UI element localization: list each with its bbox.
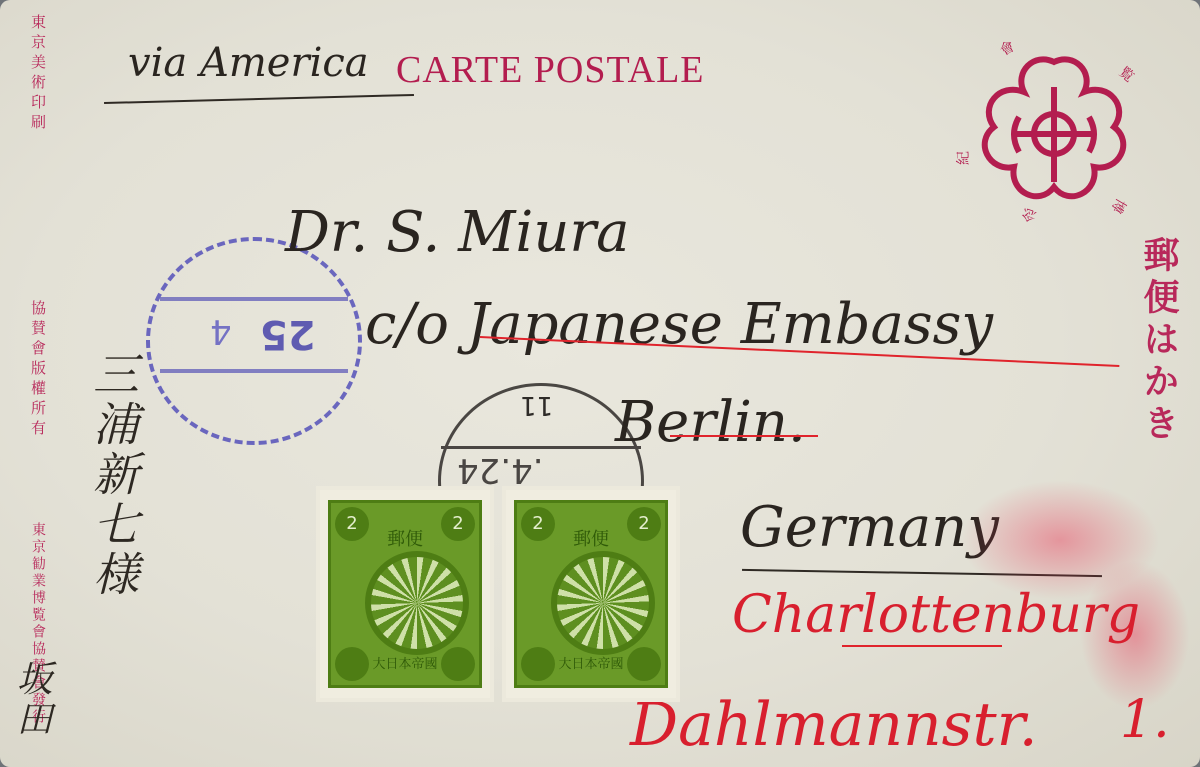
redirect-city: Charlottenburg — [732, 585, 1140, 645]
sender-note-handwritten: 坂田 — [6, 660, 57, 740]
blue-postmark: 25 4 — [146, 237, 362, 445]
postcard: 東京美術印刷 協賛會版權所有 東京勧業博覧會協賛會發行 CARTE POSTAL… — [0, 0, 1200, 767]
chrysanthemum-icon — [365, 551, 469, 655]
printer-credit: 東京美術印刷 — [28, 14, 49, 134]
city-line: Berlin. — [615, 390, 806, 455]
postmark-day: 25 — [260, 311, 316, 357]
routing-underline — [104, 94, 414, 104]
recipient-name: Dr. S. Miura — [285, 200, 630, 265]
emblem-char: 紀 — [953, 151, 973, 165]
copyright-note: 協賛會版權所有 — [28, 300, 49, 440]
country-line: Germany — [740, 495, 999, 560]
postmark-date: .4.24 — [457, 450, 544, 490]
routing-note: via America — [128, 40, 369, 86]
postage-stamp: 郵便 2 2 大日本帝國 — [506, 490, 676, 698]
postmark-month: 4 — [210, 311, 232, 351]
postcard-title: CARTE POSTALE — [396, 48, 705, 92]
sender-name-handwritten: 三浦新七様 — [80, 350, 146, 600]
postcard-label-japanese: 郵便はかき — [1134, 236, 1185, 446]
redirect-number: 1. — [1120, 690, 1170, 750]
chrysanthemum-icon — [551, 551, 655, 655]
postage-stamp: 郵便 2 2 大日本帝國 — [320, 490, 490, 698]
care-of-line: c/o Japanese Embassy — [365, 292, 993, 357]
redirect-street: Dahlmannstr. — [630, 690, 1038, 760]
postmark-time: 11 — [520, 390, 553, 420]
redirect-underline — [842, 645, 1002, 647]
cherry-blossom-emblem-icon — [964, 42, 1144, 217]
strikethrough — [670, 435, 818, 437]
